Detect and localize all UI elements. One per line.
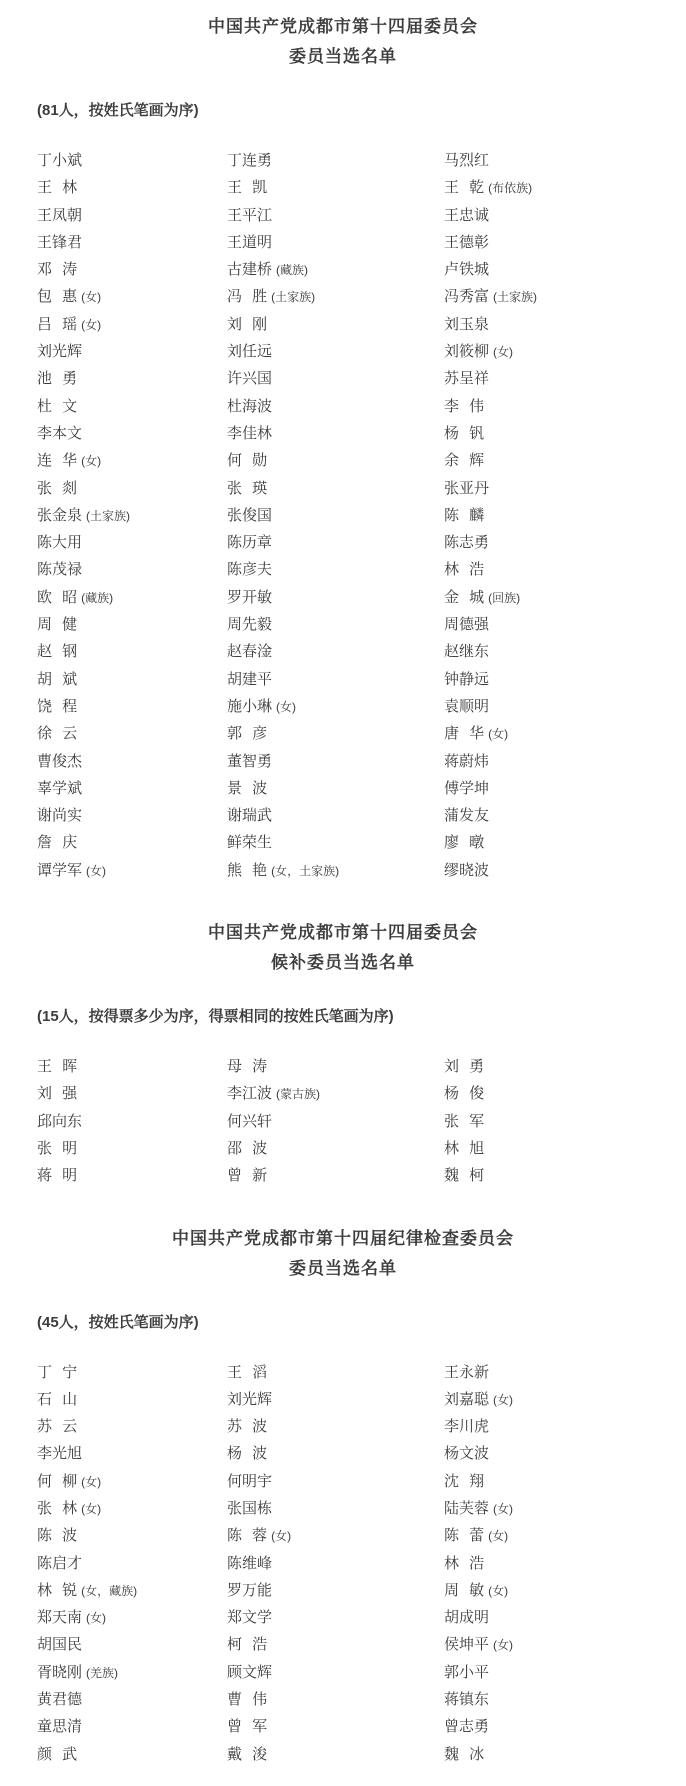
person-name: 张 林 bbox=[37, 1500, 77, 1517]
person-name: 连 华 bbox=[37, 452, 77, 469]
list-item: 李佳林 bbox=[227, 420, 444, 447]
list-item: 胥晓刚(羌族) bbox=[37, 1659, 227, 1686]
person-note: (回族) bbox=[488, 591, 520, 605]
section-title: 中国共产党成都市第十四届纪律检查委员会 bbox=[20, 1224, 666, 1254]
section-title: 中国共产党成都市第十四届委员会 bbox=[20, 918, 666, 948]
person-name: 苏呈祥 bbox=[444, 370, 489, 387]
person-name: 袁顺明 bbox=[444, 698, 489, 715]
list-item: 鲜荣生 bbox=[227, 829, 444, 856]
person-name: 王 凯 bbox=[227, 179, 267, 196]
section-subtitle: 候补委员当选名单 bbox=[20, 948, 666, 978]
person-name: 赵 钢 bbox=[37, 643, 77, 660]
list-item: 苏 云 bbox=[37, 1413, 227, 1440]
person-name: 杜海波 bbox=[227, 398, 272, 415]
list-item: 赵 钢 bbox=[37, 638, 227, 665]
person-name: 邓 涛 bbox=[37, 261, 77, 278]
person-name: 唐 华 bbox=[444, 725, 484, 742]
person-name: 冯 胜 bbox=[227, 288, 267, 305]
person-note: (羌族) bbox=[86, 1666, 118, 1680]
name-grid: 丁小斌王 林王凤朝王锋君邓 涛包 惠(女)吕 瑶(女)刘光辉池 勇杜 文李本文连… bbox=[37, 147, 666, 884]
person-name: 胥晓刚 bbox=[37, 1664, 82, 1681]
list-item: 黄君德 bbox=[37, 1686, 227, 1713]
list-item: 陈 蓉(女) bbox=[227, 1522, 444, 1549]
name-column: 王 晖刘 强邱向东张 明蒋 明 bbox=[37, 1053, 227, 1189]
person-name: 李光旭 bbox=[37, 1445, 82, 1462]
list-item: 丁小斌 bbox=[37, 147, 227, 174]
person-name: 颜 武 bbox=[37, 1746, 77, 1763]
list-item: 杨 钒 bbox=[444, 420, 666, 447]
list-item: 曹 伟 bbox=[227, 1686, 444, 1713]
person-name: 胡 斌 bbox=[37, 671, 77, 688]
person-name: 傅学坤 bbox=[444, 780, 489, 797]
person-name: 陈 蓉 bbox=[227, 1527, 267, 1544]
person-name: 郑文学 bbox=[227, 1609, 272, 1626]
name-column: 丁小斌王 林王凤朝王锋君邓 涛包 惠(女)吕 瑶(女)刘光辉池 勇杜 文李本文连… bbox=[37, 147, 227, 884]
list-item: 魏 柯 bbox=[444, 1162, 666, 1189]
person-name: 郭 彦 bbox=[227, 725, 267, 742]
list-item: 李本文 bbox=[37, 420, 227, 447]
person-note: (女) bbox=[81, 454, 101, 468]
person-name: 刘嘉聪 bbox=[444, 1391, 489, 1408]
list-item: 陆芙蓉(女) bbox=[444, 1495, 666, 1522]
list-item: 曹俊杰 bbox=[37, 748, 227, 775]
list-item: 曾 新 bbox=[227, 1162, 444, 1189]
list-item: 袁顺明 bbox=[444, 693, 666, 720]
name-column: 王 滔刘光辉苏 波杨 波何明宇张国栋陈 蓉(女)陈维峰罗万能郑文学柯 浩顾文辉曹… bbox=[227, 1359, 444, 1768]
person-name: 古建桥 bbox=[227, 261, 272, 278]
person-name: 杨 钒 bbox=[444, 425, 484, 442]
person-name: 熊 艳 bbox=[227, 862, 267, 879]
list-item: 冯 胜(土家族) bbox=[227, 283, 444, 310]
person-name: 辜学斌 bbox=[37, 780, 82, 797]
list-item: 詹 庆 bbox=[37, 829, 227, 856]
person-note: (女，藏族) bbox=[81, 1584, 137, 1598]
list-item: 张金泉(土家族) bbox=[37, 502, 227, 529]
list-item: 邵 波 bbox=[227, 1135, 444, 1162]
list-item: 张 剡 bbox=[37, 475, 227, 502]
person-name: 丁小斌 bbox=[37, 152, 82, 169]
list-item: 刘光辉 bbox=[37, 338, 227, 365]
person-name: 何明宇 bbox=[227, 1473, 272, 1490]
person-name: 张 剡 bbox=[37, 480, 77, 497]
person-name: 赵继东 bbox=[444, 643, 489, 660]
list-item: 王德彰 bbox=[444, 229, 666, 256]
person-name: 张俊国 bbox=[227, 507, 272, 524]
list-item: 杜 文 bbox=[37, 393, 227, 420]
name-column: 丁连勇王 凯王平江王道明古建桥(藏族)冯 胜(土家族)刘 刚刘任远许兴国杜海波李… bbox=[227, 147, 444, 884]
list-item: 罗开敏 bbox=[227, 584, 444, 611]
list-item: 柯 浩 bbox=[227, 1631, 444, 1658]
person-name: 曾志勇 bbox=[444, 1718, 489, 1735]
list-item: 王 林 bbox=[37, 174, 227, 201]
person-name: 杨 波 bbox=[227, 1445, 267, 1462]
person-name: 谢瑞武 bbox=[227, 807, 272, 824]
person-name: 卢铁城 bbox=[444, 261, 489, 278]
list-item: 赵继东 bbox=[444, 638, 666, 665]
list-item: 施小琳(女) bbox=[227, 693, 444, 720]
person-name: 胡建平 bbox=[227, 671, 272, 688]
person-name: 陆芙蓉 bbox=[444, 1500, 489, 1517]
person-name: 周 敏 bbox=[444, 1582, 484, 1599]
list-item: 苏呈祥 bbox=[444, 365, 666, 392]
section-title: 中国共产党成都市第十四届委员会 bbox=[20, 12, 666, 42]
list-item: 刘筱柳(女) bbox=[444, 338, 666, 365]
person-note: (女) bbox=[86, 1611, 106, 1625]
list-item: 张亚丹 bbox=[444, 475, 666, 502]
person-name: 张亚丹 bbox=[444, 480, 489, 497]
list-item: 陈历章 bbox=[227, 529, 444, 556]
person-name: 林 浩 bbox=[444, 1555, 484, 1572]
list-item: 徐 云 bbox=[37, 720, 227, 747]
person-name: 李川虎 bbox=[444, 1418, 489, 1435]
list-item: 颜 武 bbox=[37, 1741, 227, 1768]
list-item: 谭学军(女) bbox=[37, 857, 227, 884]
list-item: 王锋君 bbox=[37, 229, 227, 256]
person-name: 杨文波 bbox=[444, 1445, 489, 1462]
person-name: 顾文辉 bbox=[227, 1664, 272, 1681]
count-note: (15人，按得票多少为序，得票相同的按姓氏笔画为序) bbox=[37, 1006, 666, 1027]
person-name: 邵 波 bbox=[227, 1140, 267, 1157]
list-item: 张 瑛 bbox=[227, 475, 444, 502]
list-item: 陈启才 bbox=[37, 1550, 227, 1577]
name-column: 王永新刘嘉聪(女)李川虎杨文波沈 翔陆芙蓉(女)陈 蕾(女)林 浩周 敏(女)胡… bbox=[444, 1359, 666, 1768]
list-item: 李 伟 bbox=[444, 393, 666, 420]
person-note: (女) bbox=[276, 700, 296, 714]
list-item: 蒋蔚炜 bbox=[444, 748, 666, 775]
person-name: 蒋 明 bbox=[37, 1167, 77, 1184]
name-column: 刘 勇杨 俊张 军林 旭魏 柯 bbox=[444, 1053, 666, 1189]
list-item: 刘光辉 bbox=[227, 1386, 444, 1413]
list-item: 张 明 bbox=[37, 1135, 227, 1162]
list-item: 刘 勇 bbox=[444, 1053, 666, 1080]
list-item: 罗万能 bbox=[227, 1577, 444, 1604]
section-committee-members: 中国共产党成都市第十四届委员会 委员当选名单 (81人，按姓氏笔画为序) 丁小斌… bbox=[37, 12, 666, 884]
list-item: 周 敏(女) bbox=[444, 1577, 666, 1604]
list-item: 欧 昭(藏族) bbox=[37, 584, 227, 611]
person-name: 曾 新 bbox=[227, 1167, 267, 1184]
list-item: 戴 浚 bbox=[227, 1741, 444, 1768]
person-name: 谭学军 bbox=[37, 862, 82, 879]
person-name: 赵春淦 bbox=[227, 643, 272, 660]
name-grid: 丁 宁石 山苏 云李光旭何 柳(女)张 林(女)陈 波陈启才林 锐(女，藏族)郑… bbox=[37, 1359, 666, 1768]
list-item: 王道明 bbox=[227, 229, 444, 256]
name-column: 母 涛李江波(蒙古族)何兴轩邵 波曾 新 bbox=[227, 1053, 444, 1189]
person-note: (藏族) bbox=[81, 591, 113, 605]
list-item: 熊 艳(女，土家族) bbox=[227, 857, 444, 884]
list-item: 何明宇 bbox=[227, 1468, 444, 1495]
person-name: 罗开敏 bbox=[227, 589, 272, 606]
list-item: 曾 军 bbox=[227, 1713, 444, 1740]
person-name: 王忠诚 bbox=[444, 207, 489, 224]
person-name: 周先毅 bbox=[227, 616, 272, 633]
list-item: 刘任远 bbox=[227, 338, 444, 365]
person-name: 戴 浚 bbox=[227, 1746, 267, 1763]
person-name: 王凤朝 bbox=[37, 207, 82, 224]
person-name: 刘筱柳 bbox=[444, 343, 489, 360]
person-name: 余 辉 bbox=[444, 452, 484, 469]
list-item: 傅学坤 bbox=[444, 775, 666, 802]
list-item: 魏 冰 bbox=[444, 1741, 666, 1768]
person-name: 郑天南 bbox=[37, 1609, 82, 1626]
list-item: 胡国民 bbox=[37, 1631, 227, 1658]
person-name: 张金泉 bbox=[37, 507, 82, 524]
list-item: 刘 刚 bbox=[227, 311, 444, 338]
person-name: 王 林 bbox=[37, 179, 77, 196]
person-name: 刘任远 bbox=[227, 343, 272, 360]
list-item: 谢尚实 bbox=[37, 802, 227, 829]
person-name: 陈茂禄 bbox=[37, 561, 82, 578]
list-item: 连 华(女) bbox=[37, 447, 227, 474]
person-name: 刘光辉 bbox=[37, 343, 82, 360]
list-item: 蒲发友 bbox=[444, 802, 666, 829]
list-item: 吕 瑶(女) bbox=[37, 311, 227, 338]
person-name: 李佳林 bbox=[227, 425, 272, 442]
list-item: 张俊国 bbox=[227, 502, 444, 529]
person-note: (女) bbox=[488, 1529, 508, 1543]
person-name: 张 明 bbox=[37, 1140, 77, 1157]
person-note: (女) bbox=[86, 864, 106, 878]
person-name: 王永新 bbox=[444, 1364, 489, 1381]
list-item: 王凤朝 bbox=[37, 202, 227, 229]
list-item: 郑文学 bbox=[227, 1604, 444, 1631]
person-note: (女) bbox=[493, 345, 513, 359]
person-name: 詹 庆 bbox=[37, 834, 77, 851]
person-name: 陈大用 bbox=[37, 534, 82, 551]
person-name: 黄君德 bbox=[37, 1691, 82, 1708]
person-name: 钟静远 bbox=[444, 671, 489, 688]
list-item: 林 浩 bbox=[444, 556, 666, 583]
person-note: (女) bbox=[493, 1638, 513, 1652]
person-note: (土家族) bbox=[86, 509, 130, 523]
list-item: 苏 波 bbox=[227, 1413, 444, 1440]
person-name: 何 柳 bbox=[37, 1473, 77, 1490]
person-name: 谢尚实 bbox=[37, 807, 82, 824]
list-item: 马烈红 bbox=[444, 147, 666, 174]
list-item: 刘玉泉 bbox=[444, 311, 666, 338]
list-item: 饶 程 bbox=[37, 693, 227, 720]
person-name: 陈彦夫 bbox=[227, 561, 272, 578]
list-item: 周先毅 bbox=[227, 611, 444, 638]
person-name: 郭小平 bbox=[444, 1664, 489, 1681]
person-name: 侯坤平 bbox=[444, 1636, 489, 1653]
person-name: 周德强 bbox=[444, 616, 489, 633]
person-name: 丁连勇 bbox=[227, 152, 272, 169]
list-item: 陈大用 bbox=[37, 529, 227, 556]
list-item: 胡建平 bbox=[227, 666, 444, 693]
person-name: 陈历章 bbox=[227, 534, 272, 551]
person-name: 王锋君 bbox=[37, 234, 82, 251]
section-subtitle: 委员当选名单 bbox=[20, 1254, 666, 1284]
list-item: 张国栋 bbox=[227, 1495, 444, 1522]
list-item: 陈维峰 bbox=[227, 1550, 444, 1577]
person-note: (藏族) bbox=[276, 263, 308, 277]
list-item: 卢铁城 bbox=[444, 256, 666, 283]
person-note: (土家族) bbox=[271, 290, 315, 304]
list-item: 林 锐(女，藏族) bbox=[37, 1577, 227, 1604]
person-name: 陈志勇 bbox=[444, 534, 489, 551]
person-name: 施小琳 bbox=[227, 698, 272, 715]
person-name: 林 浩 bbox=[444, 561, 484, 578]
person-note: (女，土家族) bbox=[271, 864, 339, 878]
person-name: 何 勋 bbox=[227, 452, 267, 469]
person-name: 金 城 bbox=[444, 589, 484, 606]
person-name: 丁 宁 bbox=[37, 1364, 77, 1381]
list-item: 曾志勇 bbox=[444, 1713, 666, 1740]
list-item: 钟静远 bbox=[444, 666, 666, 693]
person-note: (土家族) bbox=[493, 290, 537, 304]
list-item: 刘嘉聪(女) bbox=[444, 1386, 666, 1413]
document: 中国共产党成都市第十四届委员会 委员当选名单 (81人，按姓氏笔画为序) 丁小斌… bbox=[0, 0, 686, 1768]
list-item: 陈志勇 bbox=[444, 529, 666, 556]
list-item: 母 涛 bbox=[227, 1053, 444, 1080]
person-name: 林 旭 bbox=[444, 1140, 484, 1157]
person-name: 石 山 bbox=[37, 1391, 77, 1408]
person-name: 刘 刚 bbox=[227, 316, 267, 333]
person-name: 曹 伟 bbox=[227, 1691, 267, 1708]
person-note: (女) bbox=[81, 1475, 101, 1489]
person-name: 饶 程 bbox=[37, 698, 77, 715]
list-item: 古建桥(藏族) bbox=[227, 256, 444, 283]
person-note: (蒙古族) bbox=[276, 1087, 320, 1101]
person-name: 池 勇 bbox=[37, 370, 77, 387]
list-item: 陈 蕾(女) bbox=[444, 1522, 666, 1549]
person-name: 蒋镇东 bbox=[444, 1691, 489, 1708]
person-note: (布依族) bbox=[488, 181, 532, 195]
list-item: 李光旭 bbox=[37, 1440, 227, 1467]
list-item: 沈 翔 bbox=[444, 1468, 666, 1495]
person-note: (女) bbox=[81, 290, 101, 304]
list-item: 杨 波 bbox=[227, 1440, 444, 1467]
person-name: 马烈红 bbox=[444, 152, 489, 169]
person-name: 陈 蕾 bbox=[444, 1527, 484, 1544]
person-name: 沈 翔 bbox=[444, 1473, 484, 1490]
person-note: (女) bbox=[271, 1529, 291, 1543]
list-item: 何兴轩 bbox=[227, 1108, 444, 1135]
person-name: 苏 波 bbox=[227, 1418, 267, 1435]
list-item: 陈茂禄 bbox=[37, 556, 227, 583]
name-column: 马烈红王 乾(布依族)王忠诚王德彰卢铁城冯秀富(土家族)刘玉泉刘筱柳(女)苏呈祥… bbox=[444, 147, 666, 884]
list-item: 王忠诚 bbox=[444, 202, 666, 229]
person-name: 胡国民 bbox=[37, 1636, 82, 1653]
list-item: 池 勇 bbox=[37, 365, 227, 392]
person-name: 童思清 bbox=[37, 1718, 82, 1735]
person-name: 王德彰 bbox=[444, 234, 489, 251]
person-name: 魏 冰 bbox=[444, 1746, 484, 1763]
list-item: 张 林(女) bbox=[37, 1495, 227, 1522]
list-item: 包 惠(女) bbox=[37, 283, 227, 310]
person-name: 母 涛 bbox=[227, 1058, 267, 1075]
person-name: 王道明 bbox=[227, 234, 272, 251]
person-name: 邱向东 bbox=[37, 1113, 82, 1130]
list-item: 冯秀富(土家族) bbox=[444, 283, 666, 310]
person-name: 林 锐 bbox=[37, 1582, 77, 1599]
list-item: 王永新 bbox=[444, 1359, 666, 1386]
list-item: 何 勋 bbox=[227, 447, 444, 474]
person-name: 许兴国 bbox=[227, 370, 272, 387]
person-name: 李江波 bbox=[227, 1085, 272, 1102]
list-item: 蒋 明 bbox=[37, 1162, 227, 1189]
list-item: 侯坤平(女) bbox=[444, 1631, 666, 1658]
list-item: 许兴国 bbox=[227, 365, 444, 392]
list-item: 张 军 bbox=[444, 1108, 666, 1135]
person-name: 刘 勇 bbox=[444, 1058, 484, 1075]
list-item: 廖 暾 bbox=[444, 829, 666, 856]
person-note: (女) bbox=[81, 1502, 101, 1516]
person-name: 张国栋 bbox=[227, 1500, 272, 1517]
person-name: 刘玉泉 bbox=[444, 316, 489, 333]
person-name: 苏 云 bbox=[37, 1418, 77, 1435]
person-name: 杨 俊 bbox=[444, 1085, 484, 1102]
list-item: 谢瑞武 bbox=[227, 802, 444, 829]
person-name: 陈维峰 bbox=[227, 1555, 272, 1572]
list-item: 胡 斌 bbox=[37, 666, 227, 693]
person-note: (女) bbox=[488, 727, 508, 741]
list-item: 余 辉 bbox=[444, 447, 666, 474]
list-item: 董智勇 bbox=[227, 748, 444, 775]
list-item: 周 健 bbox=[37, 611, 227, 638]
person-name: 曹俊杰 bbox=[37, 753, 82, 770]
list-item: 陈彦夫 bbox=[227, 556, 444, 583]
list-item: 王 凯 bbox=[227, 174, 444, 201]
person-name: 柯 浩 bbox=[227, 1636, 267, 1653]
person-name: 杜 文 bbox=[37, 398, 77, 415]
list-item: 林 浩 bbox=[444, 1550, 666, 1577]
person-name: 何兴轩 bbox=[227, 1113, 272, 1130]
section-alternate-members: 中国共产党成都市第十四届委员会 候补委员当选名单 (15人，按得票多少为序，得票… bbox=[37, 918, 666, 1189]
list-item: 金 城(回族) bbox=[444, 584, 666, 611]
list-item: 王 晖 bbox=[37, 1053, 227, 1080]
list-item: 陈 波 bbox=[37, 1522, 227, 1549]
list-item: 陈 麟 bbox=[444, 502, 666, 529]
list-item: 李川虎 bbox=[444, 1413, 666, 1440]
person-name: 徐 云 bbox=[37, 725, 77, 742]
list-item: 王 乾(布依族) bbox=[444, 174, 666, 201]
person-name: 周 健 bbox=[37, 616, 77, 633]
person-name: 陈启才 bbox=[37, 1555, 82, 1572]
person-name: 罗万能 bbox=[227, 1582, 272, 1599]
person-name: 曾 军 bbox=[227, 1718, 267, 1735]
list-item: 胡成明 bbox=[444, 1604, 666, 1631]
list-item: 王 滔 bbox=[227, 1359, 444, 1386]
person-name: 陈 麟 bbox=[444, 507, 484, 524]
person-name: 包 惠 bbox=[37, 288, 77, 305]
person-name: 张 军 bbox=[444, 1113, 484, 1130]
list-item: 赵春淦 bbox=[227, 638, 444, 665]
person-name: 李本文 bbox=[37, 425, 82, 442]
person-name: 王 滔 bbox=[227, 1364, 267, 1381]
person-name: 魏 柯 bbox=[444, 1167, 484, 1184]
person-name: 王平江 bbox=[227, 207, 272, 224]
person-name: 廖 暾 bbox=[444, 834, 484, 851]
section-subtitle: 委员当选名单 bbox=[20, 42, 666, 72]
list-item: 童思清 bbox=[37, 1713, 227, 1740]
person-note: (女) bbox=[493, 1393, 513, 1407]
list-item: 刘 强 bbox=[37, 1080, 227, 1107]
list-item: 李江波(蒙古族) bbox=[227, 1080, 444, 1107]
person-name: 李 伟 bbox=[444, 398, 484, 415]
list-item: 景 波 bbox=[227, 775, 444, 802]
list-item: 何 柳(女) bbox=[37, 1468, 227, 1495]
person-name: 张 瑛 bbox=[227, 480, 267, 497]
person-name: 蒋蔚炜 bbox=[444, 753, 489, 770]
list-item: 郭 彦 bbox=[227, 720, 444, 747]
person-name: 鲜荣生 bbox=[227, 834, 272, 851]
list-item: 杜海波 bbox=[227, 393, 444, 420]
list-item: 邓 涛 bbox=[37, 256, 227, 283]
list-item: 杨 俊 bbox=[444, 1080, 666, 1107]
person-name: 吕 瑶 bbox=[37, 316, 77, 333]
person-name: 景 波 bbox=[227, 780, 267, 797]
